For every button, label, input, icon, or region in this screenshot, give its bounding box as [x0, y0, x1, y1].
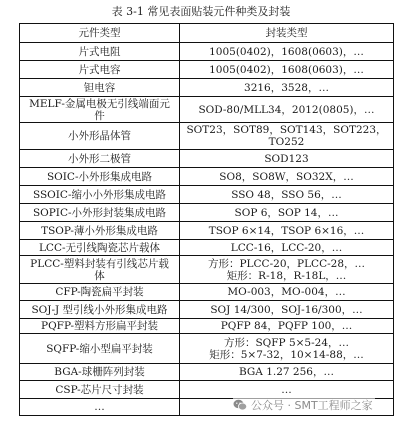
table-caption: 表 3-1 常见表面贴装元件种类及封装 — [0, 5, 402, 19]
cell-line: PQFP 84，PQFP 100，… — [184, 320, 389, 332]
package-type-cell: SOJ 14/300，SOJ-16/300，… — [180, 301, 394, 319]
component-type-cell: PLCC-塑料封装有引线芯片载体 — [20, 256, 180, 284]
cell-line: SOJ 14/300，SOJ-16/300，… — [184, 304, 389, 316]
cell-line: SOIC-小外形集成电路 — [24, 171, 175, 183]
component-type-cell: 钽电容 — [20, 79, 180, 97]
cell-line: SSO 48，SSO 56，… — [184, 189, 389, 201]
table-body: 片式电阻1005(0402)，1608(0603)，…片式电容1005(0402… — [20, 43, 394, 416]
package-type-cell: 3216，3528，… — [180, 79, 394, 97]
component-type-cell: MELF-金属电极无引线端面元件 — [20, 97, 180, 123]
cell-line: 片式电阻 — [24, 46, 175, 58]
table-row: CFP-陶瓷扁平封装MO-003，MO-004，… — [20, 284, 394, 301]
component-type-cell: SSOIC-缩小小外形集成电路 — [20, 186, 180, 204]
cell-line: PLCC-塑料封装有引线芯片载 — [24, 258, 175, 270]
table-row: 小外形晶体管SOT23，SOT89，SOT143，SOT223，TO252 — [20, 123, 394, 150]
cell-line: SSOIC-缩小小外形集成电路 — [24, 189, 175, 201]
component-type-cell: 小外形二极管 — [20, 150, 180, 168]
table-row: SOJ-J 型引线小外形集成电路SOJ 14/300，SOJ-16/300，… — [20, 301, 394, 319]
component-type-cell: 小外形晶体管 — [20, 123, 180, 150]
component-type-cell: 片式电阻 — [20, 43, 180, 61]
table-row: SOPIC-小外形封装集成电路SOP 6，SOP 14，… — [20, 204, 394, 222]
cell-line: TSOP 6×14，TSOP 6×16，… — [184, 225, 389, 237]
table-row: MELF-金属电极无引线端面元件SOD-80/MLL34，2012(0805)，… — [20, 97, 394, 123]
cell-line: … — [24, 401, 175, 413]
cell-line: CSP-芯片尺寸封装 — [24, 384, 175, 396]
header-package-type: 封装类型 — [180, 24, 394, 43]
package-type-cell: TSOP 6×14，TSOP 6×16，… — [180, 222, 394, 240]
package-type-cell: SSO 48，SSO 56，… — [180, 186, 394, 204]
table-row: 片式电容1005(0402)，1608(0603)，… — [20, 61, 394, 79]
component-type-cell: CFP-陶瓷扁平封装 — [20, 284, 180, 301]
package-type-cell: 1005(0402)，1608(0603)，… — [180, 43, 394, 61]
cell-line: SO8，SO8W，SO32X，… — [184, 171, 389, 183]
package-type-cell: SOP 6，SOP 14，… — [180, 204, 394, 222]
table-row: SQFP-缩小型扁平封装方形：SQFP 5×5-24，…矩形：5×7-32，10… — [20, 334, 394, 364]
package-type-cell: SO8，SO8W，SO32X，… — [180, 168, 394, 186]
package-type-cell: … — [180, 381, 394, 399]
cell-line: 方形：PLCC-20，PLCC-28，… — [184, 258, 389, 270]
cell-line: SOD123 — [184, 153, 389, 165]
cell-line: 3216，3528，… — [184, 82, 389, 94]
component-type-cell: TSOP-薄小外形集成电路 — [20, 222, 180, 240]
cell-line: TSOP-薄小外形集成电路 — [24, 225, 175, 237]
package-type-cell: 方形：SQFP 5×5-24，…矩形：5×7-32，10×14-88，… — [180, 334, 394, 364]
watermark: 公众号 · SMT工程师之家 — [233, 398, 375, 412]
table-row: BGA-球栅阵列封装BGA 1.27 256，… — [20, 364, 394, 381]
cell-line: 方形：SQFP 5×5-24，… — [184, 337, 389, 349]
cell-line: 小外形二极管 — [24, 153, 175, 165]
cell-line: SQFP-缩小型扁平封装 — [24, 343, 175, 355]
cell-line: 体 — [24, 270, 175, 282]
cell-line: SOP 6，SOP 14，… — [184, 207, 389, 219]
package-type-cell: LCC-16，LCC-20，… — [180, 240, 394, 256]
component-type-cell: SOPIC-小外形封装集成电路 — [20, 204, 180, 222]
cell-line: CFP-陶瓷扁平封装 — [24, 286, 175, 298]
cell-line: SOJ-J 型引线小外形集成电路 — [24, 304, 175, 316]
cell-line: LCC-无引线陶瓷芯片载体 — [24, 242, 175, 254]
cell-line: 钽电容 — [24, 82, 175, 94]
package-type-cell: SOD-80/MLL34，2012(0805)，… — [180, 97, 394, 123]
cell-line: TO252 — [184, 136, 389, 148]
package-table: 元件类型 封装类型 片式电阻1005(0402)，1608(0603)，…片式电… — [19, 23, 394, 416]
cell-line: LCC-16，LCC-20，… — [184, 242, 389, 254]
package-type-cell: BGA 1.27 256，… — [180, 364, 394, 381]
component-type-cell: SOIC-小外形集成电路 — [20, 168, 180, 186]
component-type-cell: BGA-球栅阵列封装 — [20, 364, 180, 381]
component-type-cell: … — [20, 399, 180, 416]
table-row: 小外形二极管SOD123 — [20, 150, 394, 168]
cell-line: 1005(0402)，1608(0603)，… — [184, 46, 389, 58]
cell-line: SOD-80/MLL34，2012(0805)，… — [184, 104, 389, 116]
cell-line: 小外形晶体管 — [24, 130, 175, 142]
component-type-cell: PQFP-塑料方形扁平封装 — [20, 319, 180, 334]
cell-line: … — [184, 384, 389, 396]
package-type-cell: 1005(0402)，1608(0603)，… — [180, 61, 394, 79]
component-type-cell: LCC-无引线陶瓷芯片载体 — [20, 240, 180, 256]
cell-line: MO-003，MO-004，… — [184, 286, 389, 298]
component-type-cell: SOJ-J 型引线小外形集成电路 — [20, 301, 180, 319]
cell-line: MELF-金属电极无引线端面元 — [24, 98, 175, 110]
header-component-type: 元件类型 — [20, 24, 180, 43]
package-type-cell: SOD123 — [180, 150, 394, 168]
cell-line: 矩形：R-18，R-18L，… — [184, 270, 389, 282]
component-type-cell: 片式电容 — [20, 61, 180, 79]
table-row: 钽电容3216，3528，… — [20, 79, 394, 97]
cell-line: 1005(0402)，1608(0603)，… — [184, 64, 389, 76]
table-row: TSOP-薄小外形集成电路TSOP 6×14，TSOP 6×16，… — [20, 222, 394, 240]
table-row: PQFP-塑料方形扁平封装PQFP 84，PQFP 100，… — [20, 319, 394, 334]
cell-line: BGA-球栅阵列封装 — [24, 366, 175, 378]
table-header-row: 元件类型 封装类型 — [20, 24, 394, 43]
table-row: SOIC-小外形集成电路SO8，SO8W，SO32X，… — [20, 168, 394, 186]
component-type-cell: CSP-芯片尺寸封装 — [20, 381, 180, 399]
table-row: PLCC-塑料封装有引线芯片载体方形：PLCC-20，PLCC-28，…矩形：R… — [20, 256, 394, 284]
table-row: CSP-芯片尺寸封装… — [20, 381, 394, 399]
cell-line: SOT23，SOT89，SOT143，SOT223， — [184, 124, 389, 136]
package-type-cell: PQFP 84，PQFP 100，… — [180, 319, 394, 334]
table-row: LCC-无引线陶瓷芯片载体LCC-16，LCC-20，… — [20, 240, 394, 256]
cell-line: 矩形：5×7-32，10×14-88，… — [184, 349, 389, 361]
cell-line: SOPIC-小外形封装集成电路 — [24, 207, 175, 219]
watermark-text: 公众号 · SMT工程师之家 — [251, 397, 373, 413]
package-type-cell: SOT23，SOT89，SOT143，SOT223，TO252 — [180, 123, 394, 150]
package-type-cell: MO-003，MO-004，… — [180, 284, 394, 301]
component-type-cell: SQFP-缩小型扁平封装 — [20, 334, 180, 364]
cell-line: BGA 1.27 256，… — [184, 366, 389, 378]
cell-line: PQFP-塑料方形扁平封装 — [24, 320, 175, 332]
table-row: SSOIC-缩小小外形集成电路SSO 48，SSO 56，… — [20, 186, 394, 204]
cell-line: 件 — [24, 110, 175, 122]
table-row: 片式电阻1005(0402)，1608(0603)，… — [20, 43, 394, 61]
package-type-cell: 方形：PLCC-20，PLCC-28，…矩形：R-18，R-18L，… — [180, 256, 394, 284]
cell-line: 片式电容 — [24, 64, 175, 76]
wechat-icon — [233, 399, 247, 411]
